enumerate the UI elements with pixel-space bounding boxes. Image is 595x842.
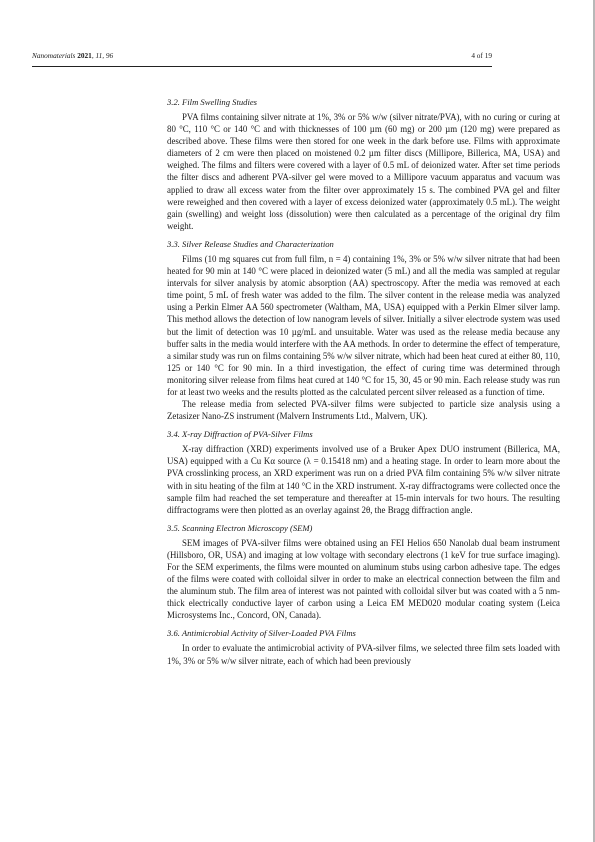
document-page: Nanomaterials 2021, 11, 96 4 of 19 3.2. … <box>0 0 593 842</box>
section-heading: 3.4. X-ray Diffraction of PVA-Silver Fil… <box>167 429 560 440</box>
paragraph: Films (10 mg squares cut from full film,… <box>167 253 560 398</box>
section-heading: 3.3. Silver Release Studies and Characte… <box>167 239 560 250</box>
section-sem: 3.5. Scanning Electron Microscopy (SEM) … <box>167 523 560 622</box>
body-content: 3.2. Film Swelling Studies PVA films con… <box>167 97 560 674</box>
journal-name: Nanomaterials <box>32 51 75 60</box>
paragraph: SEM images of PVA-silver films were obta… <box>167 537 560 622</box>
section-silver-release: 3.3. Silver Release Studies and Characte… <box>167 239 560 422</box>
paragraph: PVA films containing silver nitrate at 1… <box>167 111 560 232</box>
section-film-swelling: 3.2. Film Swelling Studies PVA films con… <box>167 97 560 232</box>
running-header: Nanomaterials 2021, 11, 96 4 of 19 <box>32 50 492 62</box>
section-xrd: 3.4. X-ray Diffraction of PVA-Silver Fil… <box>167 429 560 516</box>
section-heading: 3.2. Film Swelling Studies <box>167 97 560 108</box>
header-rule <box>32 66 492 67</box>
section-antimicrobial: 3.6. Antimicrobial Activity of Silver-Lo… <box>167 628 560 666</box>
paragraph: In order to evaluate the antimicrobial a… <box>167 642 560 666</box>
paragraph: X-ray diffraction (XRD) experiments invo… <box>167 443 560 516</box>
publication-year: 2021 <box>77 51 92 60</box>
paragraph: The release media from selected PVA-silv… <box>167 398 560 422</box>
section-heading: 3.5. Scanning Electron Microscopy (SEM) <box>167 523 560 534</box>
section-heading: 3.6. Antimicrobial Activity of Silver-Lo… <box>167 628 560 639</box>
volume-issue: , 11, 96 <box>92 51 113 60</box>
page-indicator: 4 of 19 <box>471 50 492 62</box>
